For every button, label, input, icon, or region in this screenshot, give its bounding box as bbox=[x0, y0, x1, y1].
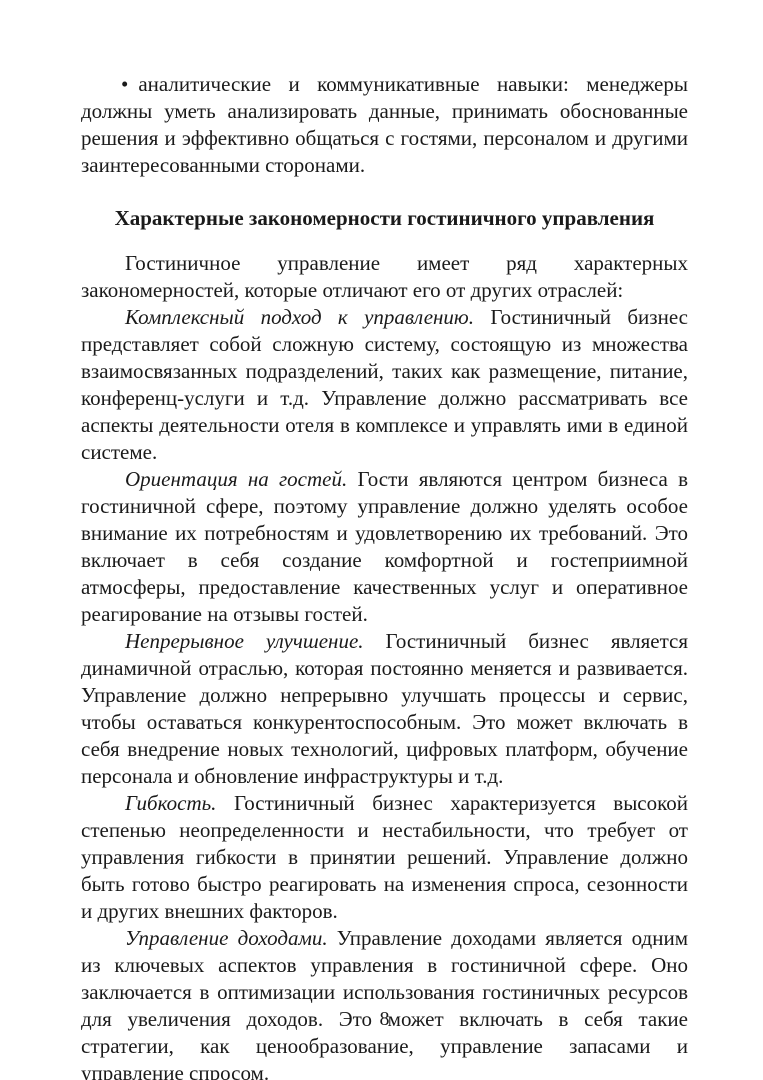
bullet-item-text: аналитические и коммуникативные навыки: … bbox=[81, 72, 688, 177]
paragraph-guest-orientation: Ориентация на гостей. Гости являются цен… bbox=[81, 466, 688, 628]
bullet-list-item: •аналитические и коммуникативные навыки:… bbox=[81, 71, 688, 179]
paragraph-intro-text: Гостиничное управление имеет ряд характе… bbox=[81, 251, 688, 302]
paragraph-intro: Гостиничное управление имеет ряд характе… bbox=[81, 250, 688, 304]
paragraph-revenue-management-lead: Управление доходами. bbox=[125, 926, 328, 950]
paragraph-revenue-management: Управление доходами. Управление доходами… bbox=[81, 925, 688, 1080]
section-heading: Характерные закономерности гостиничного … bbox=[81, 205, 688, 232]
document-page: •аналитические и коммуникативные навыки:… bbox=[0, 0, 763, 1080]
paragraph-comprehensive-approach-lead: Комплексный подход к управлению. bbox=[125, 305, 474, 329]
paragraph-continuous-improvement: Непрерывное улучшение. Гостиничный бизне… bbox=[81, 628, 688, 790]
bullet-icon: • bbox=[121, 72, 128, 96]
page-content: •аналитические и коммуникативные навыки:… bbox=[0, 0, 763, 1080]
paragraph-guest-orientation-lead: Ориентация на гостей. bbox=[125, 467, 347, 491]
paragraph-comprehensive-approach: Комплексный подход к управлению. Гостини… bbox=[81, 304, 688, 466]
paragraph-continuous-improvement-lead: Непрерывное улучшение. bbox=[125, 629, 364, 653]
paragraph-flexibility-lead: Гибкость. bbox=[125, 791, 216, 815]
page-number: 8 bbox=[81, 1006, 688, 1033]
paragraph-flexibility: Гибкость. Гостиничный бизнес характеризу… bbox=[81, 790, 688, 925]
